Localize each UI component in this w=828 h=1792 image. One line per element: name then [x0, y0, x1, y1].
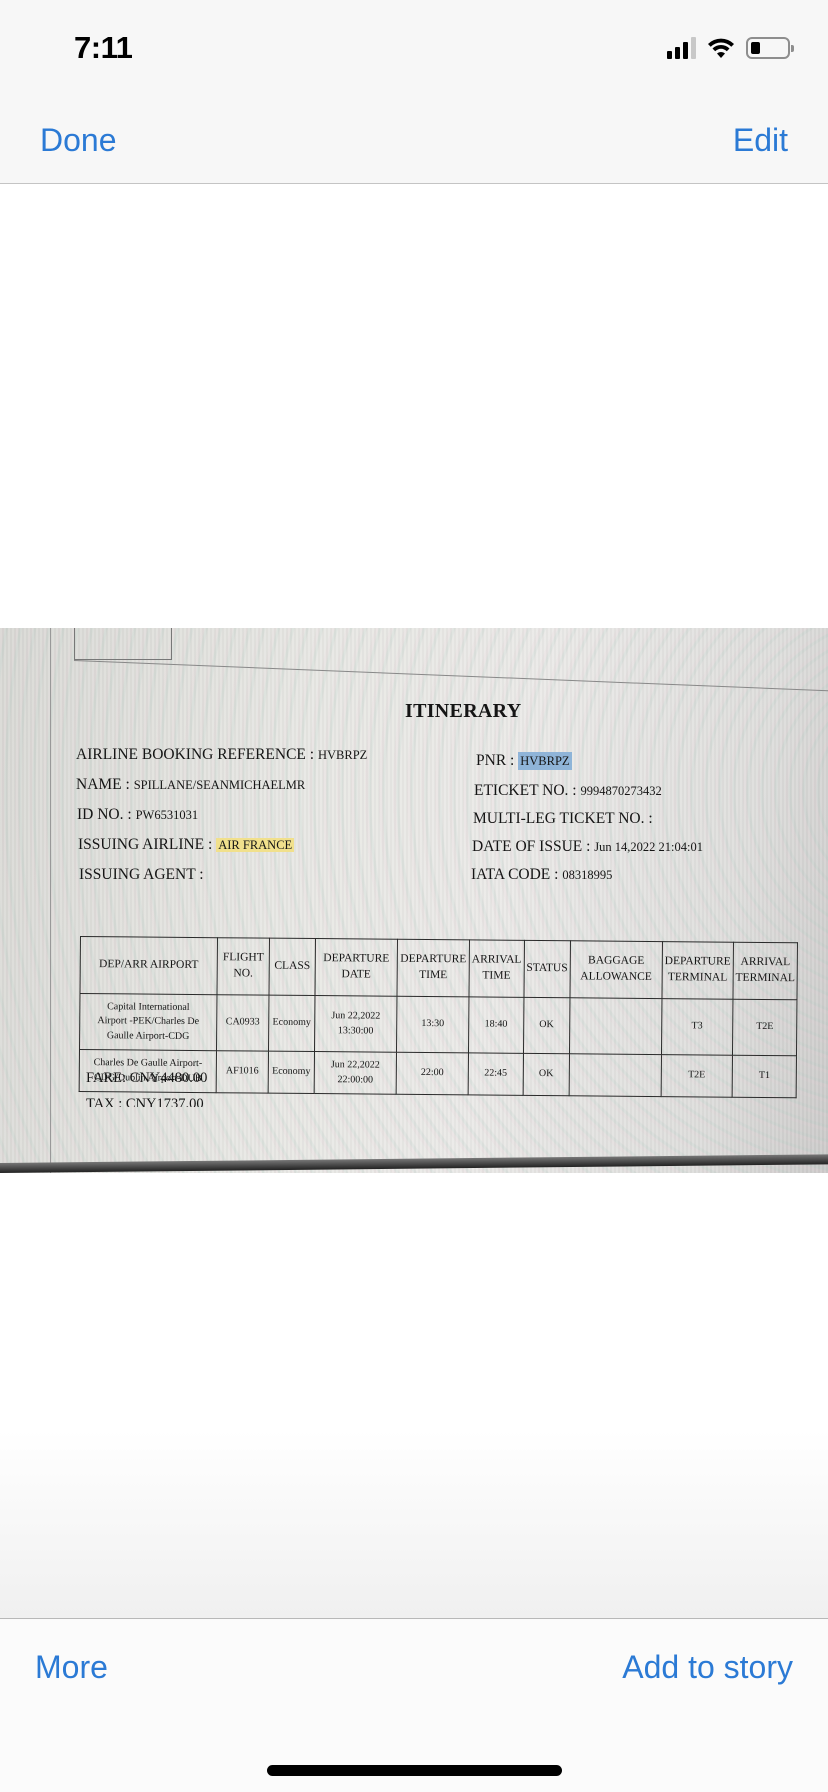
field-label: NAME :: [76, 776, 134, 793]
header-arrival-time: ARRIVALTIME: [469, 940, 524, 997]
itinerary-photo[interactable]: ITINERARY AIRLINE BOOKING REFERENCE : HV…: [0, 628, 828, 1173]
id-number-field: ID NO. : PW6531031: [77, 806, 198, 824]
document-title: ITINERARY: [405, 700, 521, 723]
field-value-selected: HVBRPZ: [518, 752, 571, 770]
table-header-row: DEP/ARR AIRPORT FLIGHTNO. CLASS DEPARTUR…: [80, 937, 798, 1000]
table-row: Capital InternationalAirport -PEK/Charle…: [80, 994, 798, 1056]
field-value: Jun 14,2022 21:04:01: [594, 840, 703, 854]
status-icons: [667, 36, 790, 60]
iata-code-field: IATA CODE : 08318995: [471, 866, 612, 884]
field-label: ISSUING AGENT :: [79, 866, 204, 883]
header-departure-terminal: DEPARTURETERMINAL: [662, 942, 733, 1000]
cell-class: Economy: [269, 995, 315, 1051]
field-value: HVBRPZ: [318, 748, 367, 762]
field-label: MULTI-LEG TICKET NO. :: [473, 810, 653, 827]
header-departure-date: DEPARTUREDATE: [315, 939, 397, 997]
cell-arrival-terminal: T2E: [732, 999, 797, 1056]
itinerary-document: ITINERARY AIRLINE BOOKING REFERENCE : HV…: [0, 628, 828, 1173]
battery-icon: [746, 37, 790, 59]
cellular-signal-icon: [667, 37, 696, 59]
date-of-issue-field: DATE OF ISSUE : Jun 14,2022 21:04:01: [472, 838, 703, 856]
cell-flight-no: CA0933: [217, 995, 269, 1051]
cell-departure-date: Jun 22,202213:30:00: [315, 996, 397, 1053]
navigation-bar: Done Edit: [0, 100, 828, 184]
header-dep-arr-airport: DEP/ARR AIRPORT: [80, 937, 217, 995]
cell-arrival-terminal: T1: [732, 1055, 797, 1098]
name-field: NAME : SPILLANE/SEANMICHAELMR: [76, 776, 305, 794]
header-baggage-allowance: BAGGAGEALLOWANCE: [570, 941, 662, 999]
booking-reference-field: AIRLINE BOOKING REFERENCE : HVBRPZ: [76, 746, 367, 764]
cell-departure-time: 22:00: [396, 1052, 468, 1095]
cell-class: Economy: [268, 1051, 314, 1093]
add-to-story-button[interactable]: Add to story: [622, 1649, 793, 1686]
header-status: STATUS: [524, 940, 571, 997]
field-label: ISSUING AIRLINE :: [78, 836, 216, 853]
cell-baggage: [569, 1054, 661, 1097]
battery-level: [751, 42, 760, 54]
cell-arrival-time: 18:40: [468, 997, 523, 1053]
header-class: CLASS: [269, 938, 315, 995]
cell-status: OK: [523, 1053, 570, 1095]
field-value: 9994870273432: [580, 784, 661, 798]
field-label: DATE OF ISSUE :: [472, 838, 594, 855]
cell-departure-time: 13:30: [396, 996, 468, 1053]
cell-departure-terminal: T3: [661, 999, 732, 1056]
home-indicator[interactable]: [267, 1765, 562, 1776]
cell-arrival-time: 22:45: [468, 1053, 523, 1095]
status-bar: 7:11: [0, 0, 828, 100]
more-button[interactable]: More: [35, 1649, 108, 1686]
multi-leg-ticket-field: MULTI-LEG TICKET NO. :: [473, 810, 653, 828]
header-departure-time: DEPARTURETIME: [397, 939, 469, 997]
pnr-field: PNR : HVBRPZ: [476, 752, 572, 770]
done-button[interactable]: Done: [40, 122, 117, 159]
cell-departure-date: Jun 22,202222:00:00: [314, 1052, 396, 1095]
eticket-number-field: ETICKET NO. : 9994870273432: [474, 782, 662, 800]
field-label: PNR :: [476, 752, 518, 769]
field-value-highlighted: AIR FRANCE: [216, 838, 294, 852]
fare-text: FARE: CNY4480.00: [86, 1070, 207, 1087]
field-value: 08318995: [562, 868, 612, 882]
cell-baggage: [569, 998, 661, 1055]
status-time: 7:11: [74, 30, 132, 66]
cell-flight-no: AF1016: [216, 1051, 268, 1093]
bottom-fade: [0, 1430, 828, 1618]
header-flight-no: FLIGHTNO.: [217, 938, 269, 995]
field-value: SPILLANE/SEANMICHAELMR: [134, 778, 306, 792]
field-label: AIRLINE BOOKING REFERENCE :: [76, 746, 318, 763]
field-label: ID NO. :: [77, 806, 136, 823]
wifi-icon: [706, 36, 736, 60]
field-label: IATA CODE :: [471, 866, 562, 883]
header-arrival-terminal: ARRIVALTERMINAL: [733, 942, 798, 1000]
tax-text-cropped: TAX : CNY1737.00: [86, 1096, 204, 1107]
issuing-airline-field: ISSUING AIRLINE : AIR FRANCE: [78, 836, 294, 854]
field-value: PW6531031: [136, 808, 199, 822]
cell-airport: Capital InternationalAirport -PEK/Charle…: [80, 994, 217, 1051]
cell-status: OK: [523, 997, 570, 1053]
edit-button[interactable]: Edit: [733, 122, 788, 159]
cell-departure-terminal: T2E: [661, 1055, 732, 1098]
issuing-agent-field: ISSUING AGENT :: [79, 866, 204, 884]
field-label: ETICKET NO. :: [474, 782, 580, 799]
